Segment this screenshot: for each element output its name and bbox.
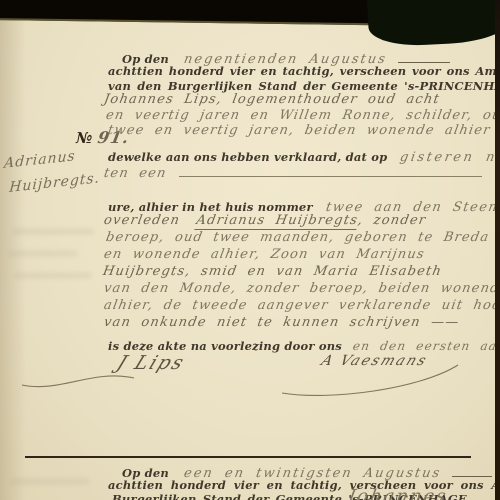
- act1-deceased-post: , zonder: [357, 213, 428, 228]
- act1-printed-line2: achttien honderd vier en tachtig, versch…: [108, 64, 500, 78]
- fill-dash: [398, 51, 450, 63]
- bleed-through-ghost: [8, 250, 78, 257]
- act1-deceased-pre: overleden: [103, 213, 182, 228]
- fill-dash: [452, 465, 492, 477]
- act1-deceased-line: overleden Adrianus Huijbregts, zonder: [103, 213, 428, 228]
- act-divider-rule: [25, 456, 471, 458]
- scanned-death-record-page: №91. Adrianus Huijbregts. Op den negenti…: [0, 0, 500, 500]
- act1-declare-handwritten: gisteren namiddag: [399, 150, 500, 165]
- blank-rule: [179, 164, 482, 177]
- act1-declare-printed: dewelke aan ons hebben verklaard, dat op: [108, 150, 387, 164]
- signature-flourish-strokes: [0, 345, 500, 400]
- act1-deceased-name: Adrianus Huijbregts: [195, 213, 360, 230]
- act1-body-line2: en wonende alhier, Zoon van Marijnus: [103, 247, 426, 262]
- act1-printed-line3: van den Burgerlijken Stand der Gemeente …: [108, 79, 500, 93]
- act1-body-line1: beroep, oud twee maanden, geboren te Bre…: [105, 230, 491, 245]
- act1-body-line4: van den Monde, zonder beroep, beiden won…: [103, 281, 500, 296]
- act2-declarant-name-start: Johannes: [348, 486, 447, 500]
- act1-time-line: ten een: [104, 164, 482, 181]
- bleed-through-ghost: [12, 228, 94, 235]
- act-number-symbol: №: [76, 129, 92, 147]
- act1-declarant-line1: Johannes Lips, logementhouder oud acht: [103, 92, 442, 107]
- act1-declaration-line: dewelke aan ons hebben verklaard, dat op…: [108, 146, 500, 165]
- act1-body-line3: Huijbregts, smid en van Maria Elisabeth: [102, 264, 444, 279]
- photo-right-edge: [495, 0, 500, 500]
- act1-house-printed: ure, alhier in het huis nommer: [108, 200, 313, 214]
- act1-declarant-line3: twee en veertig jaren, beiden wonende al…: [107, 123, 492, 138]
- bleed-through-ghost: [10, 478, 90, 485]
- act1-body-line5: alhier, de tweede aangever verklarende u…: [103, 298, 500, 313]
- act2-declarant-handwritten: Johannes: [346, 486, 449, 500]
- act1-time-handwritten: ten een: [103, 166, 168, 181]
- bleed-through-ghost: [14, 272, 92, 279]
- act1-declarant-line2: en veertig jaren en Willem Ronne, schild…: [105, 108, 500, 123]
- act1-body-line6: van onkunde niet te kunnen schrijven ——: [103, 315, 461, 330]
